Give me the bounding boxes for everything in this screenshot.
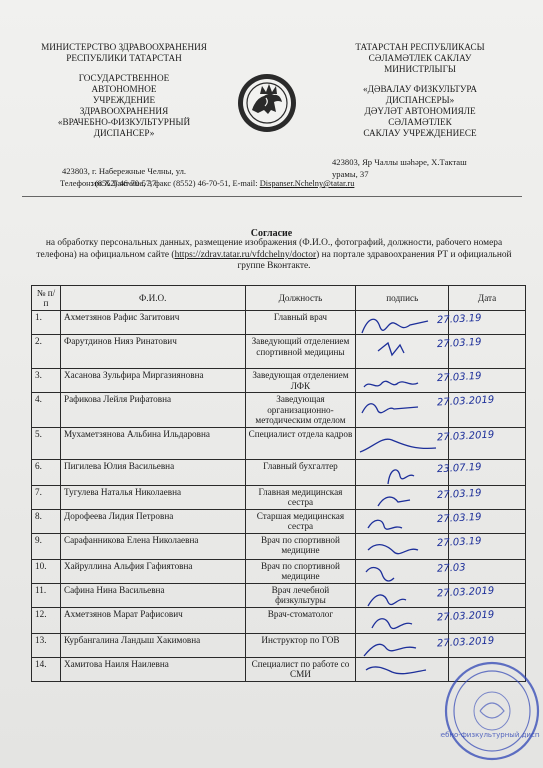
employee-position: Заведующая организационно-методическим о…	[245, 393, 356, 428]
signature-cell	[356, 533, 449, 559]
signature-cell	[356, 485, 449, 509]
ministry-name-tt: ТАТАРСТАН РЕСПУБЛИКАСЫ СӘЛАМӘТЛЕК САКЛАУ…	[322, 42, 518, 75]
table-row: 2. Фарутдинов Нияз Ринатович Заведующий …	[32, 335, 526, 369]
col-date: Дата	[449, 286, 526, 311]
handwritten-date: 23.07.19	[437, 462, 482, 475]
signature-cell	[356, 335, 449, 369]
handwritten-date: 27.03.2019	[437, 396, 495, 409]
table-row: 4. Рафикова Лейля Рифатовна Заведующая о…	[32, 393, 526, 428]
row-number: 11.	[32, 583, 61, 607]
col-name: Ф.И.О.	[60, 286, 245, 311]
row-number: 3.	[32, 369, 61, 393]
signature-cell	[356, 559, 449, 583]
address-tt: 423803, Яр Чаллы шәһәре, Х.Такташ урамы,…	[322, 156, 518, 180]
col-position: Должность	[245, 286, 356, 311]
signature-cell	[356, 607, 449, 633]
svg-text:Врачебно-физкультурный диспанс: Врачебно-физкультурный диспансер	[440, 731, 540, 739]
date-cell: 27.03.2019	[449, 583, 526, 607]
date-cell: 27.03.2019	[449, 393, 526, 428]
employee-position: Специалист по работе со СМИ	[245, 657, 356, 681]
row-number: 7.	[32, 485, 61, 509]
handwritten-date: 27.03.2019	[437, 610, 495, 623]
table-row: 3. Хасанова Зульфира Миргазияновна Завед…	[32, 369, 526, 393]
table-row: 9. Сарафанникова Елена Николаевна Врач п…	[32, 533, 526, 559]
document-intro: на обработку персональных данных, размещ…	[34, 238, 514, 273]
date-cell: 27.03.19	[449, 335, 526, 369]
employee-name: Хасанова Зульфира Миргазияновна	[60, 369, 245, 393]
table-row: 8. Дорофеева Лидия Петровна Старшая меди…	[32, 509, 526, 533]
handwritten-date: 27.03.19	[437, 536, 482, 549]
handwritten-date: 27.03.2019	[437, 586, 495, 599]
col-signature: подпись	[356, 286, 449, 311]
signature-cell	[356, 509, 449, 533]
col-number: № п/п	[32, 286, 61, 311]
institution-name-tt: «ДӘВАЛАУ ФИЗКУЛЬТУРА ДИСПАНСЕРЫ» ДӘҮЛӘТ …	[322, 84, 518, 139]
table-header-row: № п/п Ф.И.О. Должность подпись Дата	[32, 286, 526, 311]
row-number: 4.	[32, 393, 61, 428]
employee-name: Хамитова Наиля Наилевна	[60, 657, 245, 681]
employee-position: Врач по спортивной медицине	[245, 559, 356, 583]
row-number: 2.	[32, 335, 61, 369]
table-row: 12. Ахметзянов Марат Рафисович Врач-стом…	[32, 607, 526, 633]
employee-name: Курбангалина Ландыш Хакимовна	[60, 633, 245, 657]
employee-name: Сафина Нина Васильевна	[60, 583, 245, 607]
date-cell: 27.03.19	[449, 533, 526, 559]
employee-name: Тугулева Наталья Николаевна	[60, 485, 245, 509]
signature-cell	[356, 657, 449, 681]
date-cell: 27.03.19	[449, 485, 526, 509]
institution-name-ru: ГОСУДАРСТВЕННОЕ АВТОНОМНОЕ УЧРЕЖДЕНИЕ ЗД…	[26, 73, 222, 139]
header-divider	[22, 196, 522, 197]
employee-name: Пигилева Юлия Васильевна	[60, 459, 245, 485]
employee-name: Фарутдинов Нияз Ринатович	[60, 335, 245, 369]
date-cell: 27.03.2019	[449, 633, 526, 657]
scanned-document-page: МИНИСТЕРСТВО ЗДРАВООХРАНЕНИЯ РЕСПУБЛИКИ …	[0, 0, 543, 768]
tatarstan-coat-of-arms-icon	[236, 72, 298, 134]
table-row: 6. Пигилева Юлия Васильевна Главный бухг…	[32, 459, 526, 485]
employee-position: Старшая медицинская сестра	[245, 509, 356, 533]
employee-position: Инструктор по ГОВ	[245, 633, 356, 657]
row-number: 12.	[32, 607, 61, 633]
employee-position: Главный врач	[245, 311, 356, 335]
table-row: 1. Ахметзянов Рафис Загитович Главный вр…	[32, 311, 526, 335]
table-row: 7. Тугулева Наталья Николаевна Главная м…	[32, 485, 526, 509]
contact-line: Телефон: (8552) 46-70-57, факс (8552) 46…	[60, 179, 530, 188]
row-number: 13.	[32, 633, 61, 657]
round-seal-stamp-icon: Врачебно-физкультурный диспансер	[440, 655, 540, 763]
table-row: 13. Курбангалина Ландыш Хакимовна Инстру…	[32, 633, 526, 657]
signature-cell	[356, 583, 449, 607]
employee-position: Врач-стоматолог	[245, 607, 356, 633]
row-number: 10.	[32, 559, 61, 583]
row-number: 14.	[32, 657, 61, 681]
row-number: 9.	[32, 533, 61, 559]
employee-position: Главный бухгалтер	[245, 459, 356, 485]
employee-name: Мухаметзянова Альбина Ильдаровна	[60, 427, 245, 459]
date-cell: 27.03	[449, 559, 526, 583]
handwritten-date: 27.03.2019	[437, 430, 495, 443]
signature-cell	[356, 459, 449, 485]
handwritten-date: 27.03	[437, 563, 466, 575]
date-cell: 23.07.19	[449, 459, 526, 485]
handwritten-date: 27.03.19	[437, 372, 482, 385]
date-cell: 27.03.2019	[449, 427, 526, 459]
date-cell: 27.03.19	[449, 509, 526, 533]
handwritten-signature-icon	[358, 337, 442, 363]
email-link[interactable]: Dispanser.Nchelny@tatar.ru	[260, 179, 355, 188]
handwritten-date: 27.03.2019	[437, 636, 495, 649]
handwritten-date: 27.03.19	[437, 338, 482, 351]
employee-name: Сарафанникова Елена Николаевна	[60, 533, 245, 559]
employee-position: Врач лечебной физкультуры	[245, 583, 356, 607]
employee-position: Специалист отдела кадров	[245, 427, 356, 459]
handwritten-date: 27.03.19	[437, 488, 482, 501]
date-cell: 27.03.19	[449, 311, 526, 335]
row-number: 5.	[32, 427, 61, 459]
ministry-name-ru: МИНИСТЕРСТВО ЗДРАВООХРАНЕНИЯ РЕСПУБЛИКИ …	[26, 42, 222, 64]
handwritten-signature-icon	[358, 430, 442, 456]
handwritten-signature-icon	[358, 462, 442, 488]
date-cell: 27.03.19	[449, 369, 526, 393]
employee-position: Заведующий отделением спортивной медицин…	[245, 335, 356, 369]
signature-cell	[356, 393, 449, 428]
handwritten-date: 27.03.19	[437, 512, 482, 525]
table-row: 10. Хайруллина Альфия Гафиятовна Врач по…	[32, 559, 526, 583]
date-cell: 27.03.2019	[449, 607, 526, 633]
employee-name: Ахметзянов Рафис Загитович	[60, 311, 245, 335]
handwritten-signature-icon	[358, 395, 442, 421]
table-row: 5. Мухаметзянова Альбина Ильдаровна Спец…	[32, 427, 526, 459]
header-right-tatar: ТАТАРСТАН РЕСПУБЛИКАСЫ СӘЛАМӘТЛЕК САКЛАУ…	[322, 42, 518, 180]
consent-signature-table: № п/п Ф.И.О. Должность подпись Дата 1. А…	[31, 285, 526, 682]
signature-cell	[356, 427, 449, 459]
employee-name: Ахметзянов Марат Рафисович	[60, 607, 245, 633]
employee-name: Рафикова Лейля Рифатовна	[60, 393, 245, 428]
signature-cell	[356, 369, 449, 393]
signature-cell	[356, 311, 449, 335]
employee-position: Главная медицинская сестра	[245, 485, 356, 509]
handwritten-signature-icon	[358, 660, 442, 686]
table-row: 11. Сафина Нина Васильевна Врач лечебной…	[32, 583, 526, 607]
row-number: 6.	[32, 459, 61, 485]
handwritten-signature-icon	[358, 536, 442, 562]
employee-name: Дорофеева Лидия Петровна	[60, 509, 245, 533]
row-number: 8.	[32, 509, 61, 533]
handwritten-signature-icon	[358, 610, 442, 636]
website-link[interactable]: https://zdrav.tatar.ru/vfdchelny/doctor	[175, 250, 317, 260]
employee-position: Заведующая отделением ЛФК	[245, 369, 356, 393]
employee-name: Хайруллина Альфия Гафиятовна	[60, 559, 245, 583]
row-number: 1.	[32, 311, 61, 335]
employee-position: Врач по спортивной медицине	[245, 533, 356, 559]
signature-cell	[356, 633, 449, 657]
handwritten-date: 27.03.19	[437, 314, 482, 327]
header-left-russian: МИНИСТЕРСТВО ЗДРАВООХРАНЕНИЯ РЕСПУБЛИКИ …	[26, 42, 222, 189]
